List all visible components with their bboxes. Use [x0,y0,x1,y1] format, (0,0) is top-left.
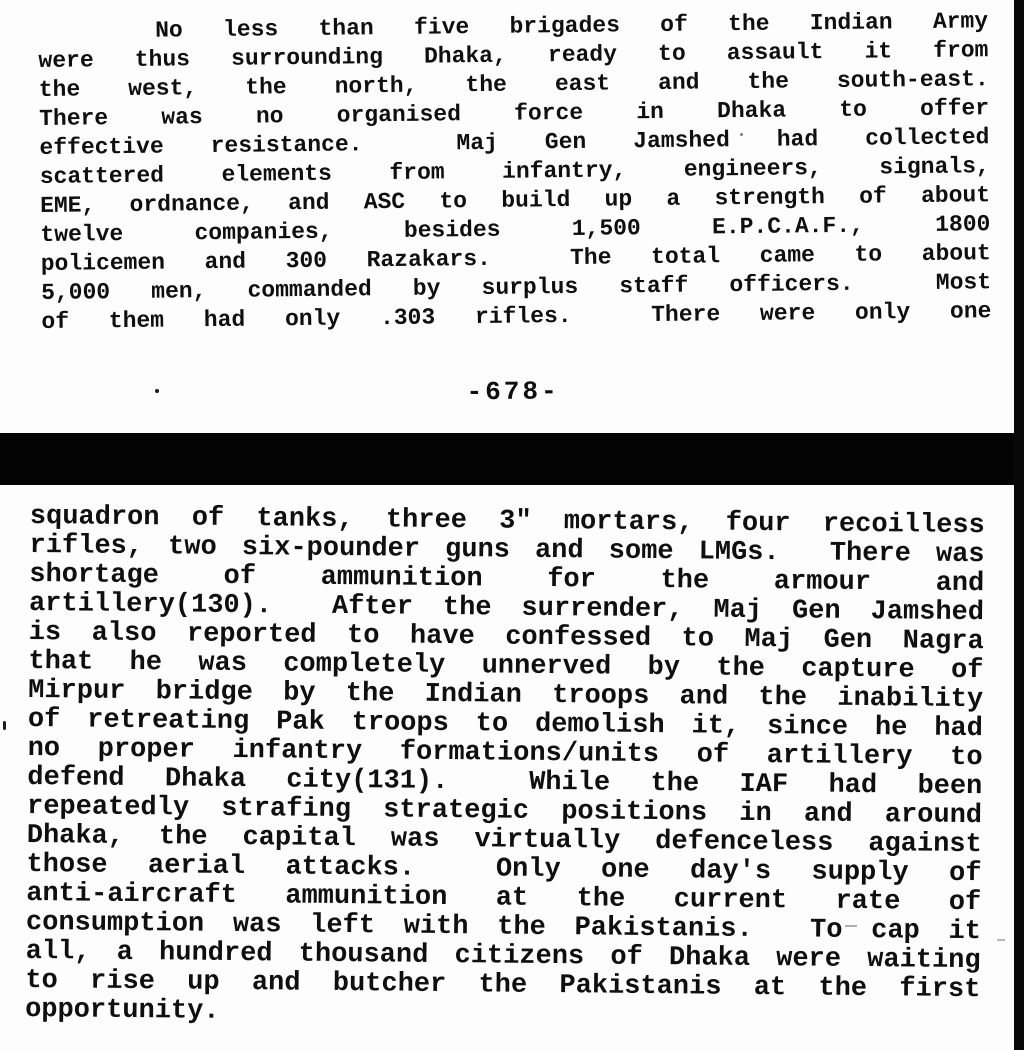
scan-speck [155,389,159,393]
scan-speck [997,939,1005,941]
page-separator-bar [0,433,1024,485]
scan-speck [3,721,6,730]
scan-edge-strip [1014,0,1024,1050]
top-page-paragraph: No less than five brigades of the Indian… [38,7,992,337]
page-number: -678- [38,373,988,411]
bottom-page-paragraph: squadron of tanks, three 3" mortars, fou… [25,503,985,1034]
scanned-document-page: No less than five brigades of the Indian… [0,0,1024,1050]
scan-speck [845,925,857,927]
scan-speck [740,133,743,136]
